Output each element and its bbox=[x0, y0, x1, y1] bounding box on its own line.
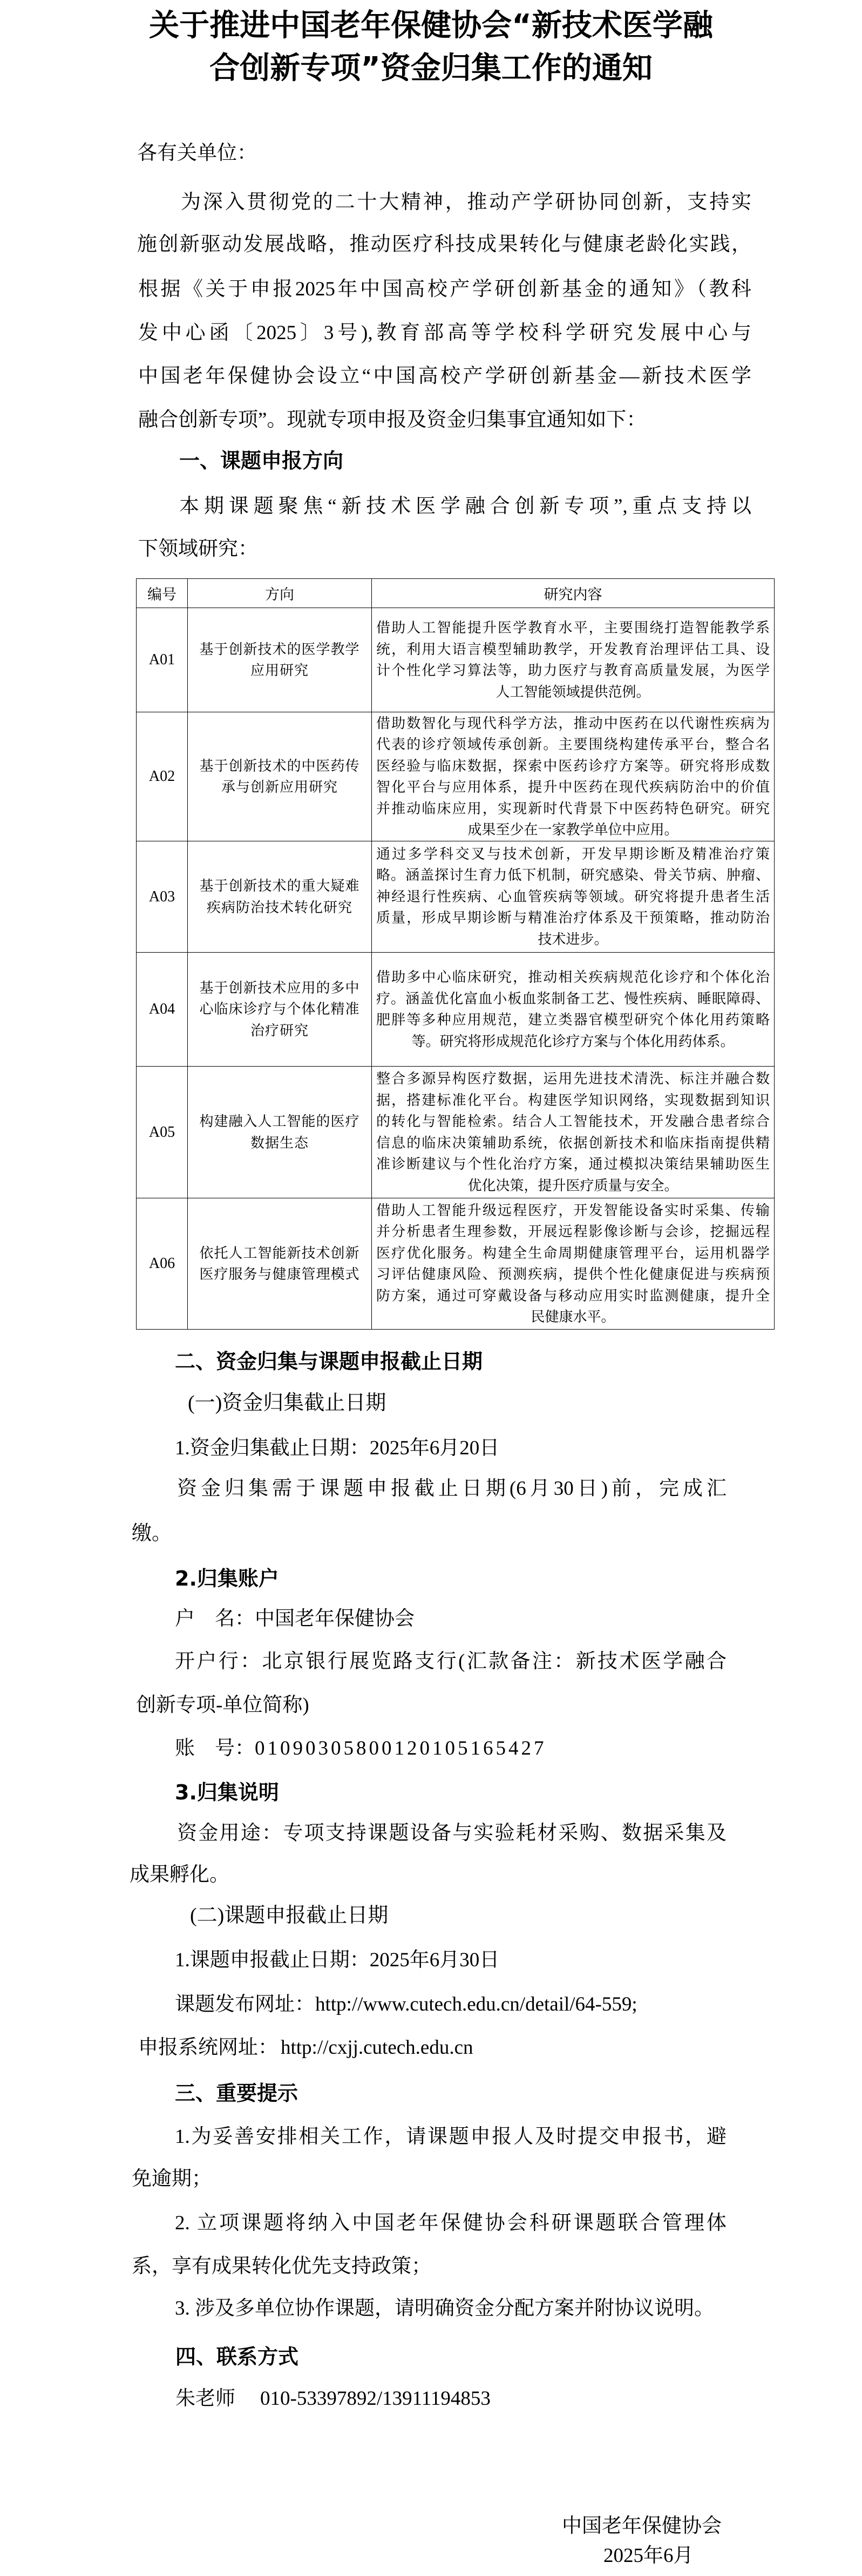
intro-line: 施创新驱动发展战略，推动医疗科技成果转化与健康老龄化实践， bbox=[137, 234, 751, 255]
section-heading-research-directions: 一、课题申报方向 bbox=[179, 450, 343, 471]
row-content: 整合多源异构医疗数据，运用先进技术清洗、标注并融合数 据，搭建标准化平台。构建医… bbox=[372, 1067, 775, 1198]
table-header-row: 编号 方向 研究内容 bbox=[137, 579, 775, 608]
intro-line: 融合创新专项”。现就专项申报及资金归集事宜通知如下： bbox=[138, 409, 646, 431]
content-line: 医经验与临床数据，探索中医药诊疗方案等。研究将形成数 bbox=[376, 756, 770, 777]
signature-organization: 中国老年保健协会 bbox=[562, 2516, 722, 2537]
section1-text-line: 本期课题聚焦“新技术医学融合创新专项”,重点支持以 bbox=[179, 496, 751, 517]
signature-date: 2025年6月 bbox=[603, 2545, 694, 2567]
tip-line: 免逾期； bbox=[132, 2168, 212, 2190]
row-direction: 基于创新技术的重大疑难 疾病防治技术转化研究 bbox=[188, 841, 372, 953]
column-header-direction: 方向 bbox=[188, 579, 372, 608]
direction-line: 应用研究 bbox=[192, 660, 367, 682]
tip-line: 1.为妥善安排相关工作，请课题申报人及时提交申报书，避 bbox=[175, 2126, 727, 2148]
content-line: 成果至少在一家教学单位中应用。 bbox=[376, 819, 770, 841]
fund-deadline-note-line: 资金归集需于课题申报截止日期(6月30日)前，完成汇 bbox=[177, 1478, 727, 1500]
tip-line: 2. 立项课题将纳入中国老年保健协会科研课题联合管理体 bbox=[175, 2213, 727, 2234]
content-line: 技术进步。 bbox=[376, 929, 770, 950]
intro-line: 发中心函〔2025〕3号),教育部高等学校科学研究发展中心与 bbox=[138, 322, 751, 344]
account-number-row: 账 号：01090305800120105165427 bbox=[175, 1738, 547, 1759]
table-row: A04 基于创新技术应用的多中 心临床诊疗与个体化精准 治疗研究 借助多中心临床… bbox=[137, 953, 775, 1067]
row-content: 借助数智化与现代科学方法，推动中医药在以代谢性疾病为 代表的诊疗领域传承创新。主… bbox=[372, 712, 775, 841]
tip-line: 系，享有成果转化优先支持政策； bbox=[132, 2256, 431, 2277]
intro-line: 为深入贯彻党的二十大精神，推动产学研协同创新，支持实 bbox=[181, 192, 751, 213]
publish-url-label: 课题发布网址： bbox=[175, 1994, 315, 2015]
content-line: 民健康水平。 bbox=[376, 1306, 770, 1328]
document-page: 关于推进中国老年保健协会“新技术医学融 合创新专项”资金归集工作的通知 各有关单… bbox=[0, 0, 862, 2576]
row-code: A03 bbox=[137, 841, 188, 953]
row-code: A06 bbox=[137, 1198, 188, 1330]
direction-line: 基于创新技术的中医药传 bbox=[192, 756, 367, 777]
direction-line: 心临床诊疗与个体化精准 bbox=[192, 999, 367, 1020]
content-line: 准诊断建议与个性化治疗方案，通过模拟决策结果辅助医生 bbox=[376, 1154, 770, 1175]
content-line: 智化平台与应用体系，提升中医药在现代疾病防治中的价值 bbox=[376, 777, 770, 798]
table-row: A03 基于创新技术的重大疑难 疾病防治技术转化研究 通过多学科交叉与技术创新，… bbox=[137, 841, 775, 953]
intro-line: 根据《关于申报2025年中国高校产学研创新基金的通知》（教科 bbox=[138, 279, 751, 300]
salutation: 各有关单位： bbox=[137, 143, 257, 164]
direction-line: 疾病防治技术转化研究 bbox=[192, 897, 367, 919]
subsection-title-application-deadline: (二)课题申报截止日期 bbox=[190, 1905, 388, 1926]
row-code: A05 bbox=[137, 1067, 188, 1198]
direction-line: 基于创新技术应用的多中 bbox=[192, 977, 367, 999]
system-url-label: 申报系统网址： bbox=[138, 2037, 278, 2059]
content-line: 肥胖等多种应用规范，建立类器官模型研究个体化用药策略 bbox=[376, 1009, 770, 1031]
intro-line: 中国老年保健协会设立“中国高校产学研创新基金—新技术医学 bbox=[138, 366, 751, 387]
row-direction: 基于创新技术的医学教学 应用研究 bbox=[188, 608, 372, 712]
bank-line: 开户行：北京银行展览路支行(汇款备注：新技术医学融合 bbox=[175, 1651, 727, 1673]
column-header-code: 编号 bbox=[137, 579, 188, 608]
document-title-line-1: 关于推进中国老年保健协会“新技术医学融 bbox=[0, 10, 862, 42]
content-line: 通过多学科交叉与技术创新，开发早期诊断及精准治疗策 bbox=[376, 844, 770, 865]
content-line: 等。研究将形成规范化诊疗方案与个体化用药体系。 bbox=[376, 1031, 770, 1053]
section-heading-deadlines: 二、资金归集与课题申报截止日期 bbox=[175, 1351, 483, 1372]
content-line: 质量，形成早期诊断与精准治疗体系及干预策略，推动防治 bbox=[376, 907, 770, 929]
row-code: A01 bbox=[137, 608, 188, 712]
contact-name: 朱老师 bbox=[175, 2388, 235, 2410]
row-direction: 基于创新技术应用的多中 心临床诊疗与个体化精准 治疗研究 bbox=[188, 953, 372, 1067]
subsection-title-fund-deadline: (一)资金归集截止日期 bbox=[188, 1392, 386, 1414]
content-line: 借助人工智能提升医学教育水平，主要围绕打造智能教学系 bbox=[376, 617, 770, 639]
system-url-link[interactable]: http://cxjj.cutech.edu.cn bbox=[281, 2037, 473, 2059]
usage-heading: 3.归集说明 bbox=[175, 1782, 279, 1803]
direction-line: 治疗研究 bbox=[192, 1020, 367, 1042]
application-deadline-date: 1.课题申报截止日期：2025年6月30日 bbox=[175, 1950, 499, 1971]
fund-deadline-date: 1.资金归集截止日期：2025年6月20日 bbox=[175, 1438, 499, 1459]
content-line: 计个性化学习算法等，助力医疗与教育高质量发展，为医学 bbox=[376, 660, 770, 682]
account-heading: 2.归集账户 bbox=[175, 1568, 279, 1589]
content-line: 防方案，通过可穿戴设备与移动应用实时监测健康，提升全 bbox=[376, 1285, 770, 1307]
publish-url-suffix: ; bbox=[632, 1993, 637, 2015]
direction-line: 基于创新技术的重大疑难 bbox=[192, 875, 367, 897]
table-row: A01 基于创新技术的医学教学 应用研究 借助人工智能提升医学教育水平，主要围绕… bbox=[137, 608, 775, 712]
content-line: 优化决策，提升医疗质量与安全。 bbox=[376, 1175, 770, 1197]
row-direction: 依托人工智能新技术创新 医疗服务与健康管理模式 bbox=[188, 1198, 372, 1330]
content-line: 信息的临床决策辅助系统，依据创新技术和临床指南提供精 bbox=[376, 1132, 770, 1154]
row-code: A04 bbox=[137, 953, 188, 1067]
content-line: 借助数智化与现代科学方法，推动中医药在以代谢性疾病为 bbox=[376, 713, 770, 734]
content-line: 略。涵盖探讨生育力低下机制，研究感染、骨关节病、肿瘤、 bbox=[376, 865, 770, 886]
row-content: 借助人工智能升级远程医疗，开发智能设备实时采集、传输 并分析患者生理参数，开展远… bbox=[372, 1198, 775, 1330]
content-line: 据，搭建标准化平台。构建医学知识网络，实现数据到知识 bbox=[376, 1090, 770, 1111]
table-row: A02 基于创新技术的中医药传 承与创新应用研究 借助数智化与现代科学方法，推动… bbox=[137, 712, 775, 841]
section1-text-line: 下领域研究： bbox=[138, 538, 258, 560]
direction-line: 基于创新技术的医学教学 bbox=[192, 639, 367, 660]
account-name-label: 户 名： bbox=[175, 1608, 255, 1630]
document-title-line-2: 合创新专项”资金归集工作的通知 bbox=[0, 52, 862, 85]
direction-line: 数据生态 bbox=[192, 1132, 367, 1154]
column-header-content: 研究内容 bbox=[372, 579, 775, 608]
contact-phone: 010-53397892/13911194853 bbox=[260, 2388, 491, 2410]
content-line: 整合多源异构医疗数据，运用先进技术清洗、标注并融合数 bbox=[376, 1068, 770, 1090]
account-name-value: 中国老年保健协会 bbox=[255, 1608, 415, 1630]
fund-deadline-note-line: 缴。 bbox=[132, 1523, 172, 1545]
content-line: 并分析患者生理参数，开展远程影像诊断与会诊，挖掘远程 bbox=[376, 1221, 770, 1243]
content-line: 疗。涵盖优化富血小板血浆制备工艺、慢性疾病、睡眠障碍、 bbox=[376, 988, 770, 1010]
publish-url-row: http://www.cutech.edu.cn/detail/64-559; bbox=[315, 1994, 637, 2015]
section-heading-important-notes: 三、重要提示 bbox=[175, 2082, 298, 2104]
table-row: A05 构建融入人工智能的医疗 数据生态 整合多源异构医疗数据，运用先进技术清洗… bbox=[137, 1067, 775, 1198]
content-line: 借助多中心临床研究，推动相关疾病规范化诊疗和个体化治 bbox=[376, 967, 770, 988]
direction-line: 医疗服务与健康管理模式 bbox=[192, 1264, 367, 1285]
direction-line: 依托人工智能新技术创新 bbox=[192, 1243, 367, 1264]
row-content: 借助人工智能提升医学教育水平，主要围绕打造智能教学系 统，利用大语言模型辅助教学… bbox=[372, 608, 775, 712]
direction-line: 构建融入人工智能的医疗 bbox=[192, 1111, 367, 1132]
content-line: 借助人工智能升级远程医疗，开发智能设备实时采集、传输 bbox=[376, 1200, 770, 1222]
usage-line: 成果孵化。 bbox=[130, 1864, 229, 1886]
row-content: 通过多学科交叉与技术创新，开发早期诊断及精准治疗策 略。涵盖探讨生育力低下机制，… bbox=[372, 841, 775, 953]
account-number-label: 账 号： bbox=[175, 1737, 255, 1759]
account-name-row: 户 名：中国老年保健协会 bbox=[175, 1608, 415, 1630]
row-code: A02 bbox=[137, 712, 188, 841]
row-direction: 基于创新技术的中医药传 承与创新应用研究 bbox=[188, 712, 372, 841]
publish-url-link[interactable]: http://www.cutech.edu.cn/detail/64-559 bbox=[315, 1993, 632, 2015]
content-line: 代表的诊疗领域传承创新。主要围绕构建传承平台，整合名 bbox=[376, 734, 770, 756]
research-directions-table: 编号 方向 研究内容 A01 基于创新技术的医学教学 应用研究 借助人工智能提升… bbox=[136, 578, 775, 1330]
content-line: 医疗优化服务。构建全生命周期健康管理平台，运用机器学 bbox=[376, 1243, 770, 1264]
content-line: 习评估健康风险、预测疾病，提供个性化健康促进与疾病预 bbox=[376, 1264, 770, 1285]
account-number-value: 01090305800120105165427 bbox=[255, 1737, 547, 1759]
table-row: A06 依托人工智能新技术创新 医疗服务与健康管理模式 借助人工智能升级远程医疗… bbox=[137, 1198, 775, 1330]
content-line: 并推动临床应用，实现新时代背景下中医药特色研究。研究 bbox=[376, 798, 770, 820]
content-line: 统，利用大语言模型辅助教学，开发教育治理评估工具、设 bbox=[376, 639, 770, 660]
section-heading-contact: 四、联系方式 bbox=[175, 2346, 298, 2368]
usage-line: 资金用途：专项支持课题设备与实验耗材采购、数据采集及 bbox=[177, 1823, 727, 1844]
direction-line: 承与创新应用研究 bbox=[192, 777, 367, 798]
content-line: 神经退行性疾病、心血管疾病等领域。研究将提升患者生活 bbox=[376, 886, 770, 908]
content-line: 的转化与智能检索。结合人工智能技术，开发融合患者综合 bbox=[376, 1111, 770, 1132]
tip-line: 3. 涉及多单位协作课题，请明确资金分配方案并附协议说明。 bbox=[175, 2298, 714, 2319]
bank-line: 创新专项-单位简称) bbox=[136, 1695, 309, 1716]
row-content: 借助多中心临床研究，推动相关疾病规范化诊疗和个体化治 疗。涵盖优化富血小板血浆制… bbox=[372, 953, 775, 1067]
row-direction: 构建融入人工智能的医疗 数据生态 bbox=[188, 1067, 372, 1198]
content-line: 人工智能领域提供范例。 bbox=[376, 682, 770, 703]
